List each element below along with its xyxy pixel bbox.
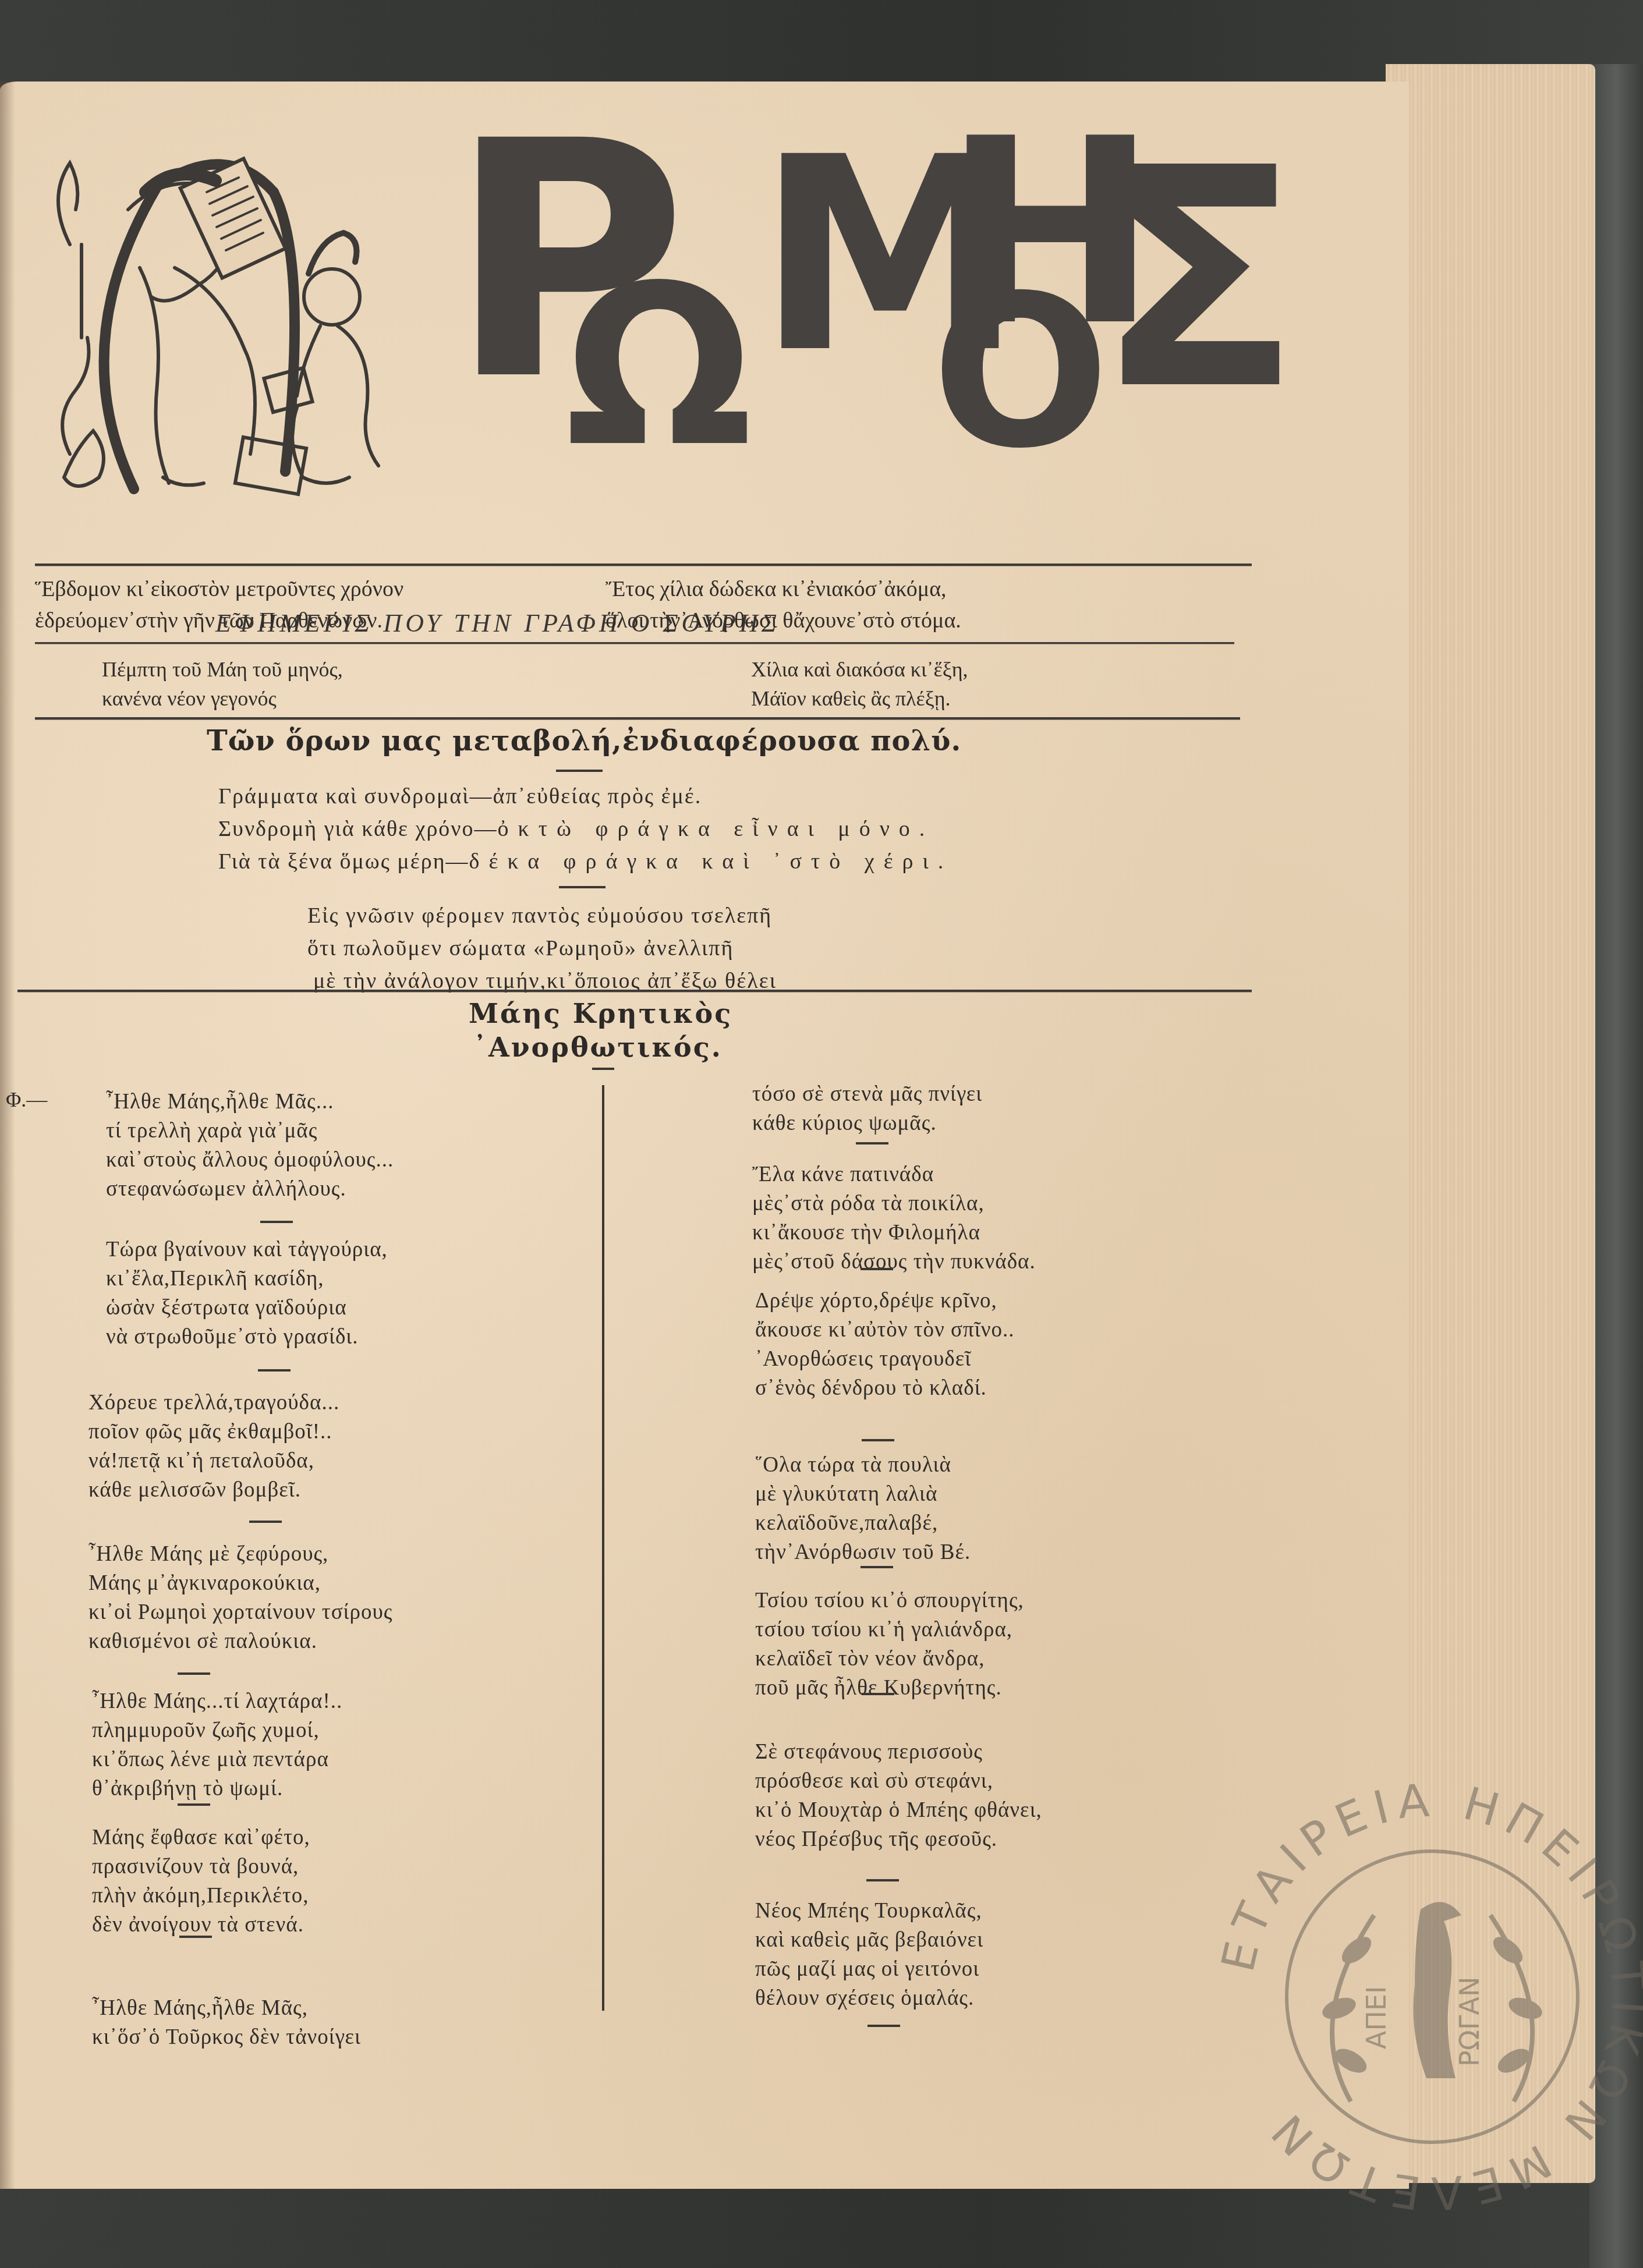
verse-line: κελαϊδεῖ τὸν νέον ἄνδρα,	[755, 1645, 1024, 1674]
terms-line: Γράμματα καὶ συνδρομαὶ—ἀπ᾿εὐθείας πρὸς ἐ…	[218, 780, 952, 813]
verse-line: πλημμυροῦν ζωῆς χυμοί,	[92, 1716, 342, 1745]
verse-line: κάθε μελισσῶν βομβεῖ.	[88, 1476, 339, 1505]
verse-line: ῏Ηλθε Μάης,ἦλθε Μᾶς...	[106, 1087, 394, 1117]
margin-mark: Φ.—	[6, 1087, 47, 1112]
page-stack-fore-edge	[1386, 64, 1595, 2183]
dateline-right-line: Χίλια καὶ διακόσα κι᾿ἕξη,	[751, 655, 968, 684]
stanza-left-7: ῏Ηλθε Μάης,ἦλθε Μᾶς, κι᾿ὅσ᾿ὁ Τοῦρκος δὲν…	[92, 1994, 361, 2052]
stanza-dash	[260, 1221, 293, 1223]
stanza-right-7: Νέος Μπέης Τουρκαλᾶς, καὶ καθεὶς μᾶς βεβ…	[755, 1897, 983, 2013]
column-divider	[602, 1085, 604, 2011]
verse-line: θέλουν σχέσεις ὁμαλάς.	[755, 1984, 983, 2013]
stanza-dash	[178, 1803, 210, 1806]
separator-dash	[556, 770, 603, 772]
header-right-line: ὅλοι τὴν᾿Ανόρθωσι θἄχουνε᾿στὸ στόμα.	[605, 605, 961, 636]
stanza-dash	[862, 1439, 894, 1441]
verse-line: ᾿Ανορθώσεις τραγουδεῖ	[755, 1345, 1014, 1374]
dateline-left-line: Πέμπτη τοῦ Μάη τοῦ μηνός,	[102, 655, 343, 684]
verse-line: καθισμένοι σὲ παλούκια.	[88, 1627, 392, 1656]
header-rule	[35, 642, 1234, 644]
verse-line: κι᾿ἄκουσε τὴν Φιλομήλα	[752, 1218, 1036, 1248]
stanza-right-1: τόσο σὲ στενὰ μᾶς πνίγει κάθε κύριος ψωμ…	[752, 1080, 982, 1138]
verse-line: κελαϊδοῦνε,παλαβέ,	[755, 1509, 971, 1538]
header-left-line: Ἕβδομον κι᾿εἰκοστὸν μετροῦντες χρόνον	[35, 573, 403, 605]
title-letter-sigma: Σ	[1095, 128, 1301, 431]
terms-list: Γράμματα καὶ συνδρομαὶ—ἀπ᾿εὐθείας πρὸς ἐ…	[218, 780, 952, 878]
header-left-verse: Ἕβδομον κι᾿εἰκοστὸν μετροῦντες χρόνον ἑδ…	[35, 573, 403, 636]
verse-line: ὡσὰν ξέστρωτα γαϊδούρια	[106, 1294, 388, 1323]
stanza-dash	[178, 1672, 210, 1675]
verse-line: Μάης μ᾿ἀγκιναροκούκια,	[88, 1569, 392, 1598]
masthead-illustration	[47, 128, 419, 501]
dateline-left-line: κανένα νέον γεγονός	[102, 684, 343, 713]
verse-line: μὲ γλυκύτατη λαλιὰ	[755, 1480, 971, 1509]
verse-line: κι᾿ἔλα,Περικλῆ κασίδη,	[106, 1264, 388, 1294]
notice-line: ὅτι πωλοῦμεν σώματα «Ρωμηοῦ» ἀνελλιπῆ	[307, 932, 777, 965]
verse-line: νέος Πρέσβυς τῆς φεσοῦς.	[755, 1825, 1042, 1854]
verse-line: τί τρελλὴ χαρὰ γιὰ᾿μᾶς	[106, 1117, 394, 1146]
stanza-dash	[866, 1879, 899, 1881]
terms-line: Γιὰ τὰ ξένα ὅμως μέρη—δέκα φράγκα καὶ ᾿σ…	[218, 845, 952, 878]
masthead-rule	[35, 564, 1252, 566]
verse-line: Δρέψε χόρτο,δρέψε κρῖνο,	[755, 1287, 1014, 1316]
verse-line: Τσίου τσίου κι᾿ὁ σπουργίτης,	[755, 1586, 1024, 1615]
notice-line: μὲ τὴν ἀνάλογον τιμήν,κι᾿ὅποιος ἀπ᾿ἔξω θ…	[307, 965, 777, 997]
verse-line: κι᾿ὅπως λένε μιὰ πεντάρα	[92, 1745, 342, 1774]
header-left-line: ἑδρεύομεν᾿στὴν γῆν τῶν Παρθενώνων.	[35, 605, 403, 636]
verse-line: καὶ καθεὶς μᾶς βεβαιόνει	[755, 1926, 983, 1955]
verse-line: στεφανώσωμεν ἀλλήλους.	[106, 1175, 394, 1204]
stanza-right-4: ῞Ολα τώρα τὰ πουλιὰ μὲ γλυκύτατη λαλιὰ κ…	[755, 1451, 971, 1567]
verse-line: ῏Ηλθε Μάης,ἦλθε Μᾶς,	[92, 1994, 361, 2023]
stanza-dash	[861, 1268, 893, 1270]
gutter-shadow	[0, 81, 15, 2189]
verse-line: Ἔλα κάνε πατινάδα	[752, 1160, 1036, 1189]
verse-line: νὰ στρωθοῦμε᾿στὸ γρασίδι.	[106, 1323, 388, 1352]
poem-title: Μάης Κρητικὸς ᾿Ανορθωτικός.	[469, 997, 732, 1064]
dateline-right-line: Μάϊον καθεὶς ἂς πλέξῃ.	[751, 684, 968, 713]
stanza-right-6: Σὲ στεφάνους περισσοὺς πρόσθεσε καὶ σὺ σ…	[755, 1738, 1042, 1854]
stanza-dash	[179, 1936, 212, 1938]
verse-line: Σὲ στεφάνους περισσοὺς	[755, 1738, 1042, 1767]
stanza-right-3: Δρέψε χόρτο,δρέψε κρῖνο, ἄκουσε κι᾿αὐτὸν…	[755, 1287, 1014, 1403]
verse-line: τσίου τσίου κι᾿ἡ γαλιάνδρα,	[755, 1615, 1024, 1645]
stanza-right-2: Ἔλα κάνε πατινάδα μὲς᾿στὰ ρόδα τὰ ποικίλ…	[752, 1160, 1036, 1277]
terms-title: Τῶν ὅρων μας μεταβολή,ἐνδιαφέρουσα πολύ.	[207, 725, 961, 757]
binding-edge	[1589, 64, 1643, 2268]
stanza-dash	[258, 1369, 291, 1372]
dateline-right: Χίλια καὶ διακόσα κι᾿ἕξη, Μάϊον καθεὶς ἂ…	[751, 655, 968, 713]
verse-line: σ᾿ἑνὸς δένδρου τὸ κλαδί.	[755, 1374, 1014, 1403]
verse-line: ποῖον φῶς μᾶς ἐκθαμβοῖ!..	[88, 1417, 339, 1447]
stanza-dash	[856, 1142, 888, 1144]
stanza-left-4: ῏Ηλθε Μάης μὲ ζεφύρους, Μάης μ᾿ἀγκιναροκ…	[88, 1540, 392, 1656]
verse-line: ἄκουσε κι᾿αὐτὸν τὸν σπῖνο..	[755, 1316, 1014, 1345]
verse-line: νά!πετᾷ κι᾿ἡ πεταλοῦδα,	[88, 1447, 339, 1476]
verse-line: ποῦ μᾶς ἦλθε Κυβερνήτης.	[755, 1674, 1024, 1703]
verse-line: ῏Ηλθε Μάης...τί λαχτάρα!..	[92, 1687, 342, 1716]
terms-line: Συνδρομὴ γιὰ κάθε χρόνο—ὀκτὼ φράγκα εἶνα…	[218, 813, 952, 845]
notice-line: Εἰς γνῶσιν φέρομεν παντὸς εὐμούσου τσελε…	[307, 899, 777, 932]
verse-line: θ᾿ἀκριβήνῃ τὸ ψωμί.	[92, 1774, 342, 1803]
poem-title-line-2: ᾿Ανορθωτικός.	[469, 1030, 732, 1064]
stanza-dash	[861, 1566, 893, 1568]
verse-line: Μάης ἔφθασε καὶ᾿φέτο,	[92, 1823, 310, 1852]
verse-line: καὶ᾿στοὺς ἄλλους ὁμοφύλους...	[106, 1146, 394, 1175]
notice-rule	[17, 990, 1252, 992]
stanza-right-5: Τσίου τσίου κι᾿ὁ σπουργίτης, τσίου τσίου…	[755, 1586, 1024, 1703]
verse-line: τὴν᾿Ανόρθωσιν τοῦ Βέ.	[755, 1538, 971, 1567]
stanza-left-5: ῏Ηλθε Μάης...τί λαχτάρα!.. πλημμυροῦν ζω…	[92, 1687, 342, 1803]
verse-line: Χόρευε τρελλά,τραγούδα...	[88, 1388, 339, 1417]
stanza-dash	[862, 1693, 894, 1695]
notice-block: Εἰς γνῶσιν φέρομεν παντὸς εὐμούσου τσελε…	[307, 899, 777, 997]
stanza-dash	[867, 2025, 900, 2027]
verse-line: Τώρα βγαίνουν καὶ τἀγγούρια,	[106, 1235, 388, 1264]
masthead-title: Ρ Ω Μ Η Ο Σ	[431, 105, 1246, 501]
separator-dash	[559, 886, 605, 888]
stanza-left-1: ῏Ηλθε Μάης,ἦλθε Μᾶς... τί τρελλὴ χαρὰ γι…	[106, 1087, 394, 1204]
verse-line: μὲς᾿στοῦ δάσους τὴν πυκνάδα.	[752, 1248, 1036, 1277]
verse-line: Νέος Μπέης Τουρκαλᾶς,	[755, 1897, 983, 1926]
masthead: Ρ Ω Μ Η Ο Σ ΕΦΗΜΕΡΙΣ ΠΟΥ ΤΗΝ ΓΡΑΦΗ Ο ΣΟΥ…	[47, 105, 1240, 512]
verse-line: κι᾿ὅσ᾿ὁ Τοῦρκος δὲν τἀνοίγει	[92, 2023, 361, 2052]
dateline-rule	[35, 717, 1240, 720]
header-right-line: Ἔτος χίλια δώδεκα κι᾿ἐνιακόσ᾿ἀκόμα,	[605, 573, 961, 605]
separator-dash	[592, 1068, 614, 1070]
stanza-left-3: Χόρευε τρελλά,τραγούδα... ποῖον φῶς μᾶς …	[88, 1388, 339, 1505]
verse-line: κάθε κύριος ψωμᾶς.	[752, 1109, 982, 1138]
stanza-dash	[249, 1521, 282, 1523]
header-right-verse: Ἔτος χίλια δώδεκα κι᾿ἐνιακόσ᾿ἀκόμα, ὅλοι…	[605, 573, 961, 636]
verse-line: μὲς᾿στὰ ρόδα τὰ ποικίλα,	[752, 1189, 1036, 1218]
verse-line: κι᾿οἱ Ρωμηοὶ χορταίνουν τσίρους	[88, 1598, 392, 1627]
stanza-left-6: Μάης ἔφθασε καὶ᾿φέτο, πρασινίζουν τὰ βου…	[92, 1823, 310, 1940]
title-letter-omicron: Ο	[932, 268, 1110, 477]
poem-title-line-1: Μάης Κρητικὸς	[469, 997, 732, 1030]
verse-line: πῶς μαζί μας οἱ γειτόνοι	[755, 1955, 983, 1984]
verse-line: κι᾿ὁ Μουχτὰρ ὁ Μπέης φθάνει,	[755, 1796, 1042, 1825]
verse-line: ῏Ηλθε Μάης μὲ ζεφύρους,	[88, 1540, 392, 1569]
verse-line: ῞Ολα τώρα τὰ πουλιὰ	[755, 1451, 971, 1480]
verse-line: πλὴν ἀκόμη,Περικλέτο,	[92, 1881, 310, 1911]
verse-line: πρασινίζουν τὰ βουνά,	[92, 1852, 310, 1881]
stanza-left-2: Τώρα βγαίνουν καὶ τἀγγούρια, κι᾿ἔλα,Περι…	[106, 1235, 388, 1352]
verse-line: πρόσθεσε καὶ σὺ στεφάνι,	[755, 1767, 1042, 1796]
verse-line: τόσο σὲ στενὰ μᾶς πνίγει	[752, 1080, 982, 1109]
dateline-left: Πέμπτη τοῦ Μάη τοῦ μηνός, κανένα νέον γε…	[102, 655, 343, 713]
title-letter-omega: Ω	[565, 256, 753, 477]
